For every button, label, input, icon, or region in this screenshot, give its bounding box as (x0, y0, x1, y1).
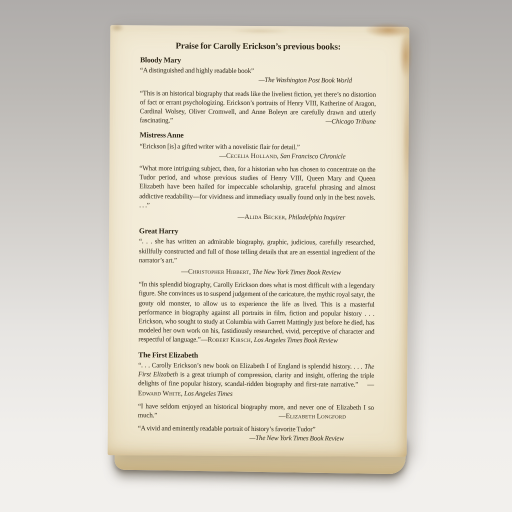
photo-background: Praise for Carolly Erickson’s previous b… (0, 0, 512, 512)
quote-chicago-tribune: “This is an historical biography that re… (140, 89, 376, 127)
attribution-name: —Alida Becker, (238, 214, 287, 221)
attribution-source: Philadelphia Inquirer (288, 214, 345, 221)
quote-text: “What more intriguing subject, then, for… (139, 165, 375, 209)
quote-text: “In this splendid biography, Carolly Eri… (138, 282, 374, 345)
quote-elizabeth-longford: “I have seldom enjoyed an historical bio… (138, 402, 374, 422)
quote-text: “. . . Carolly Erickson’s new book on El… (138, 362, 364, 370)
attribution-name: —Christopher Hibbert, (181, 269, 251, 276)
paperback-book: Praise for Carolly Erickson’s previous b… (108, 25, 410, 457)
quote-text: “A vivid and eminently readable portrait… (138, 425, 316, 433)
quote-text: “Erickson [is] a gifted writer with a no… (140, 143, 300, 151)
attribution-cecelia-holland: —Cecelia Holland, San Francisco Chronicl… (139, 151, 375, 162)
quote-robert-kirsch: “In this splendid biography, Carolly Eri… (138, 281, 374, 347)
attribution-name: —Robert Kirsch, (201, 337, 253, 344)
section-heading-bloody-mary: Bloody Mary (140, 55, 376, 66)
section-heading-first-elizabeth: The First Elizabeth (138, 350, 374, 361)
quote-cecelia-holland: “Erickson [is] a gifted writer with a no… (140, 142, 376, 153)
quote-text: “A distinguished and highly readable boo… (140, 67, 254, 75)
quote-christopher-hibbert: “. . . she has written an admirable biog… (139, 238, 375, 267)
quote-text: “. . . she has written an admirable biog… (139, 239, 375, 265)
attribution-source: Los Angeles Times (184, 390, 232, 397)
praise-title: Praise for Carolly Erickson’s previous b… (140, 40, 376, 51)
attribution-washington-post: —The Washington Post Book World (140, 76, 376, 87)
attribution-name: —Cecelia Holland, (219, 153, 279, 160)
attribution-source: The New York Times Book Review (252, 269, 340, 277)
attribution-alida-becker: —Alida Becker, Philadelphia Inquirer (139, 212, 375, 223)
quote-alida-becker: “What more intriguing subject, then, for… (139, 164, 375, 211)
attribution-nyt-book-review: —The New York Times Book Review (138, 434, 374, 445)
section-heading-great-harry: Great Harry (139, 227, 375, 238)
back-cover-text: Praise for Carolly Erickson’s previous b… (138, 40, 376, 446)
quote-edward-white: “. . . Carolly Erickson’s new book on El… (138, 361, 374, 399)
attribution-christopher-hibbert: —Christopher Hibbert, The New York Times… (139, 267, 375, 278)
attribution-source: San Francisco Chronicle (280, 153, 345, 160)
attribution-source: Los Angeles Times Book Review (254, 337, 338, 345)
attribution-elizabeth-longford: —Elizabeth Longford (279, 412, 346, 422)
section-heading-mistress-anne: Mistress Anne (140, 131, 376, 142)
attribution-chicago-tribune: —Chicago Tribune (326, 118, 376, 128)
